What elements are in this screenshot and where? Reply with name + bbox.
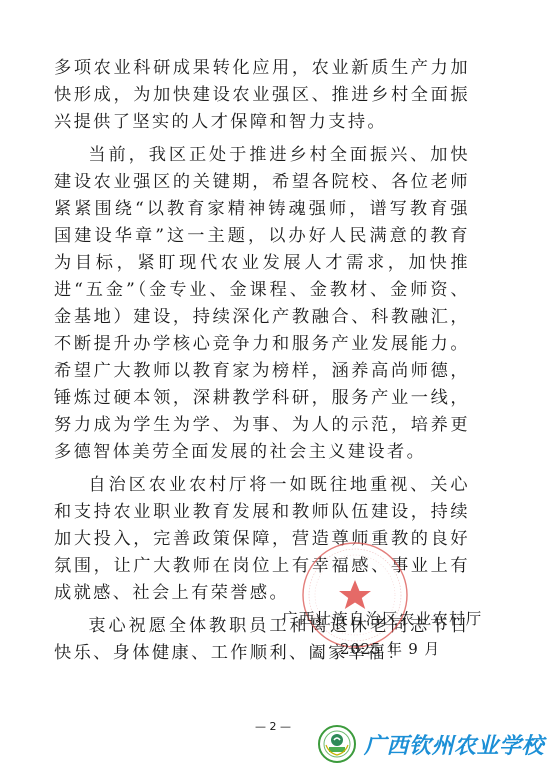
school-name: 广西钦州农业学校 [364, 729, 544, 760]
document-page: 多项农业科研成果转化应用，农业新质生产力加快形成，为加快建设农业强区、推进乡村全… [0, 0, 554, 777]
paragraph-2: 当前，我区正处于推进乡村全面振兴、加快建设农业强区的关键期，希望各院校、各位老师… [54, 142, 470, 466]
signature-date: 2025 年 9 月 [340, 638, 440, 659]
page-number: — 2 — [255, 720, 291, 733]
paragraph-1: 多项农业科研成果转化应用，农业新质生产力加快形成，为加快建设农业强区、推进乡村全… [54, 55, 470, 136]
school-watermark: 广西钦州农业学校 [318, 725, 544, 763]
school-logo-icon [318, 725, 356, 763]
signature-org: 广西壮族自治区农业农村厅 [282, 607, 482, 629]
official-seal-icon [300, 540, 410, 650]
